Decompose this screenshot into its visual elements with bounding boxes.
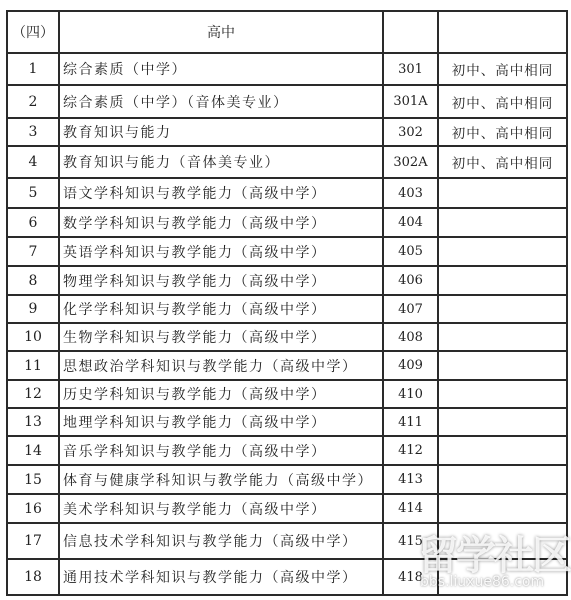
- row-note: [438, 559, 567, 595]
- row-index: 11: [7, 351, 59, 380]
- row-subject-code: 405: [383, 237, 438, 266]
- row-note: [438, 237, 567, 266]
- row-note: [438, 208, 567, 237]
- row-subject-name: 生物学科知识与教学能力（高级中学）: [59, 323, 383, 351]
- row-note: 初中、高中相同: [438, 146, 567, 178]
- table-row: 12历史学科知识与教学能力（高级中学）410: [7, 380, 567, 408]
- row-subject-code: 413: [383, 465, 438, 494]
- table-row: 10生物学科知识与教学能力（高级中学）408: [7, 323, 567, 351]
- row-subject-name: 物理学科知识与教学能力（高级中学）: [59, 266, 383, 295]
- subject-table: （四） 高中 1综合素质（中学）301初中、高中相同2综合素质（中学）（音体美专…: [6, 10, 568, 596]
- header-index: （四）: [7, 11, 59, 53]
- table-row: 7英语学科知识与教学能力（高级中学）405: [7, 237, 567, 266]
- row-index: 12: [7, 380, 59, 408]
- row-note: [438, 178, 567, 208]
- row-subject-name: 美术学科知识与教学能力（高级中学）: [59, 494, 383, 523]
- row-index: 13: [7, 408, 59, 436]
- row-note: [438, 523, 567, 559]
- row-subject-code: 409: [383, 351, 438, 380]
- table-row: 8物理学科知识与教学能力（高级中学）406: [7, 266, 567, 295]
- row-subject-name: 体育与健康学科知识与教学能力（高级中学）: [59, 465, 383, 494]
- row-index: 17: [7, 523, 59, 559]
- row-note: [438, 323, 567, 351]
- table-row: 16美术学科知识与教学能力（高级中学）414: [7, 494, 567, 523]
- row-subject-code: 404: [383, 208, 438, 237]
- row-index: 6: [7, 208, 59, 237]
- row-subject-name: 数学学科知识与教学能力（高级中学）: [59, 208, 383, 237]
- row-subject-code: 411: [383, 408, 438, 436]
- row-subject-name: 英语学科知识与教学能力（高级中学）: [59, 237, 383, 266]
- row-subject-name: 音乐学科知识与教学能力（高级中学）: [59, 436, 383, 465]
- header-note: [438, 11, 567, 53]
- row-note: [438, 436, 567, 465]
- row-subject-name: 教育知识与能力: [59, 118, 383, 146]
- row-subject-name: 语文学科知识与教学能力（高级中学）: [59, 178, 383, 208]
- table-row: 6数学学科知识与教学能力（高级中学）404: [7, 208, 567, 237]
- row-index: 3: [7, 118, 59, 146]
- row-subject-name: 历史学科知识与教学能力（高级中学）: [59, 380, 383, 408]
- table-row: 15体育与健康学科知识与教学能力（高级中学）413: [7, 465, 567, 494]
- row-note: [438, 494, 567, 523]
- row-note: 初中、高中相同: [438, 118, 567, 146]
- table-row: 4教育知识与能力（音体美专业）302A初中、高中相同: [7, 146, 567, 178]
- row-index: 2: [7, 85, 59, 118]
- row-note: [438, 408, 567, 436]
- row-note: [438, 351, 567, 380]
- row-subject-code: 410: [383, 380, 438, 408]
- row-subject-code: 406: [383, 266, 438, 295]
- row-subject-code: 412: [383, 436, 438, 465]
- row-index: 4: [7, 146, 59, 178]
- table-header-row: （四） 高中: [7, 11, 567, 53]
- row-subject-name: 通用技术学科知识与教学能力（高级中学）: [59, 559, 383, 595]
- row-index: 5: [7, 178, 59, 208]
- row-subject-code: 407: [383, 295, 438, 323]
- table-row: 3教育知识与能力302初中、高中相同: [7, 118, 567, 146]
- row-index: 9: [7, 295, 59, 323]
- table-row: 13地理学科知识与教学能力（高级中学）411: [7, 408, 567, 436]
- row-index: 14: [7, 436, 59, 465]
- row-subject-code: 302: [383, 118, 438, 146]
- row-note: [438, 465, 567, 494]
- table-row: 2综合素质（中学）（音体美专业）301A初中、高中相同: [7, 85, 567, 118]
- row-index: 8: [7, 266, 59, 295]
- row-subject-code: 408: [383, 323, 438, 351]
- row-index: 15: [7, 465, 59, 494]
- table-row: 1综合素质（中学）301初中、高中相同: [7, 53, 567, 85]
- header-title: 高中: [59, 11, 383, 53]
- row-subject-name: 信息技术学科知识与教学能力（高级中学）: [59, 523, 383, 559]
- row-note: [438, 380, 567, 408]
- table-row: 14音乐学科知识与教学能力（高级中学）412: [7, 436, 567, 465]
- row-subject-name: 综合素质（中学）（音体美专业）: [59, 85, 383, 118]
- table-row: 11思想政治学科知识与教学能力（高级中学）409: [7, 351, 567, 380]
- row-subject-code: 302A: [383, 146, 438, 178]
- row-subject-name: 地理学科知识与教学能力（高级中学）: [59, 408, 383, 436]
- header-code: [383, 11, 438, 53]
- row-subject-code: 414: [383, 494, 438, 523]
- row-subject-code: 418: [383, 559, 438, 595]
- table-row: 18通用技术学科知识与教学能力（高级中学）418: [7, 559, 567, 595]
- row-note: [438, 295, 567, 323]
- row-note: 初中、高中相同: [438, 85, 567, 118]
- table-row: 9化学学科知识与教学能力（高级中学）407: [7, 295, 567, 323]
- row-subject-name: 综合素质（中学）: [59, 53, 383, 85]
- row-index: 1: [7, 53, 59, 85]
- row-subject-code: 301: [383, 53, 438, 85]
- table-row: 5语文学科知识与教学能力（高级中学）403: [7, 178, 567, 208]
- row-note: [438, 266, 567, 295]
- row-index: 18: [7, 559, 59, 595]
- row-subject-code: 403: [383, 178, 438, 208]
- row-index: 10: [7, 323, 59, 351]
- row-subject-name: 教育知识与能力（音体美专业）: [59, 146, 383, 178]
- row-subject-code: 301A: [383, 85, 438, 118]
- row-subject-name: 思想政治学科知识与教学能力（高级中学）: [59, 351, 383, 380]
- row-index: 16: [7, 494, 59, 523]
- row-index: 7: [7, 237, 59, 266]
- row-note: 初中、高中相同: [438, 53, 567, 85]
- row-subject-code: 415: [383, 523, 438, 559]
- table-row: 17信息技术学科知识与教学能力（高级中学）415: [7, 523, 567, 559]
- row-subject-name: 化学学科知识与教学能力（高级中学）: [59, 295, 383, 323]
